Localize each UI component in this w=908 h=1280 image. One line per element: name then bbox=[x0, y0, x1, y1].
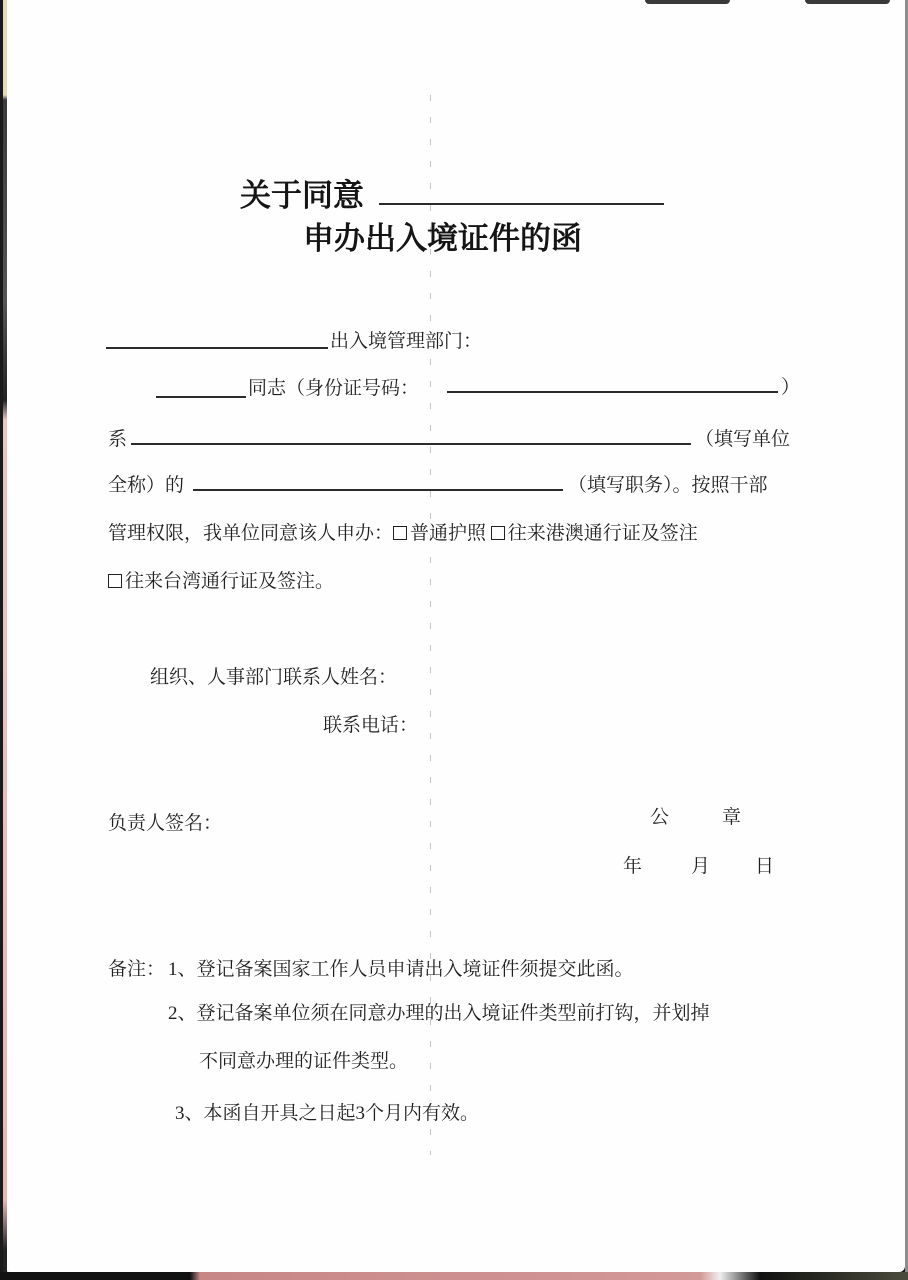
option-passport-label: 普通护照 bbox=[410, 523, 486, 544]
consent-label: 管理权限，我单位同意该人申办： bbox=[108, 523, 393, 544]
position-hint: （填写职务）。按照干部 bbox=[568, 470, 768, 497]
checkbox-taiwan[interactable] bbox=[108, 574, 122, 588]
page-edge-left bbox=[3, 0, 7, 1272]
note-item-1: 1、登记备案国家工作人员申请出入境证件须提交此函。 bbox=[168, 954, 634, 981]
date-month-label: 月 bbox=[691, 851, 710, 878]
contact-phone-label: 联系电话： bbox=[323, 710, 418, 737]
comrade-id-label: 同志（身份证号码： bbox=[248, 373, 419, 400]
title-line-1: 关于同意 bbox=[240, 170, 364, 215]
position-prefix: 全称）的 bbox=[108, 470, 184, 497]
seal-char-1: 公 bbox=[650, 802, 669, 829]
title-blank-field[interactable] bbox=[379, 203, 664, 205]
top-edge-shadow bbox=[645, 0, 730, 4]
option-passport[interactable]: 普通护照 bbox=[393, 518, 486, 545]
seal-char-2: 章 bbox=[722, 802, 741, 829]
unit-prefix: 系 bbox=[108, 424, 127, 451]
consent-text: 管理权限，我单位同意该人申办：普通护照 往来港澳通行证及签注 bbox=[108, 518, 698, 545]
note-item-2: 2、登记备案单位须在同意办理的出入境证件类型前打钩，并划掉 bbox=[168, 998, 710, 1025]
date-year-label: 年 bbox=[623, 851, 642, 878]
contact-name-label: 组织、人事部门联系人姓名： bbox=[150, 662, 397, 689]
date-day-label: 日 bbox=[755, 851, 774, 878]
position-blank-field[interactable] bbox=[193, 489, 563, 491]
title-line-2: 申办出入境证件的函 bbox=[303, 213, 582, 258]
consent-text-line-2: 往来台湾通行证及签注。 bbox=[108, 566, 334, 593]
option-taiwan-label: 往来台湾通行证及签注。 bbox=[125, 571, 334, 592]
unit-hint: （填写单位 bbox=[695, 424, 790, 451]
document-page: 关于同意 申办出入境证件的函 出入境管理部门： 同志（身份证号码： ） 系 （填… bbox=[3, 0, 905, 1272]
id-number-blank-field[interactable] bbox=[447, 391, 778, 393]
page-edge-bottom bbox=[0, 1272, 908, 1280]
unit-blank-field[interactable] bbox=[131, 443, 691, 445]
notes-prefix: 备注： bbox=[108, 954, 165, 981]
option-hk-macao[interactable]: 往来港澳通行证及签注 bbox=[491, 518, 698, 545]
option-taiwan[interactable]: 往来台湾通行证及签注。 bbox=[108, 566, 334, 593]
close-paren: ） bbox=[781, 372, 800, 399]
checkbox-passport[interactable] bbox=[393, 526, 407, 540]
checkbox-hk-macao[interactable] bbox=[491, 526, 505, 540]
top-edge-shadow bbox=[805, 0, 890, 4]
note-item-3: 3、本函自开具之日起3个月内有效。 bbox=[175, 1098, 479, 1125]
name-blank-field[interactable] bbox=[156, 396, 246, 398]
signer-label: 负责人签名： bbox=[108, 808, 222, 835]
note-item-2-cont: 不同意办理的证件类型。 bbox=[199, 1046, 408, 1073]
addressee-label: 出入境管理部门： bbox=[330, 326, 482, 353]
addressee-blank-field[interactable] bbox=[106, 347, 328, 349]
option-hk-macao-label: 往来港澳通行证及签注 bbox=[508, 523, 698, 544]
